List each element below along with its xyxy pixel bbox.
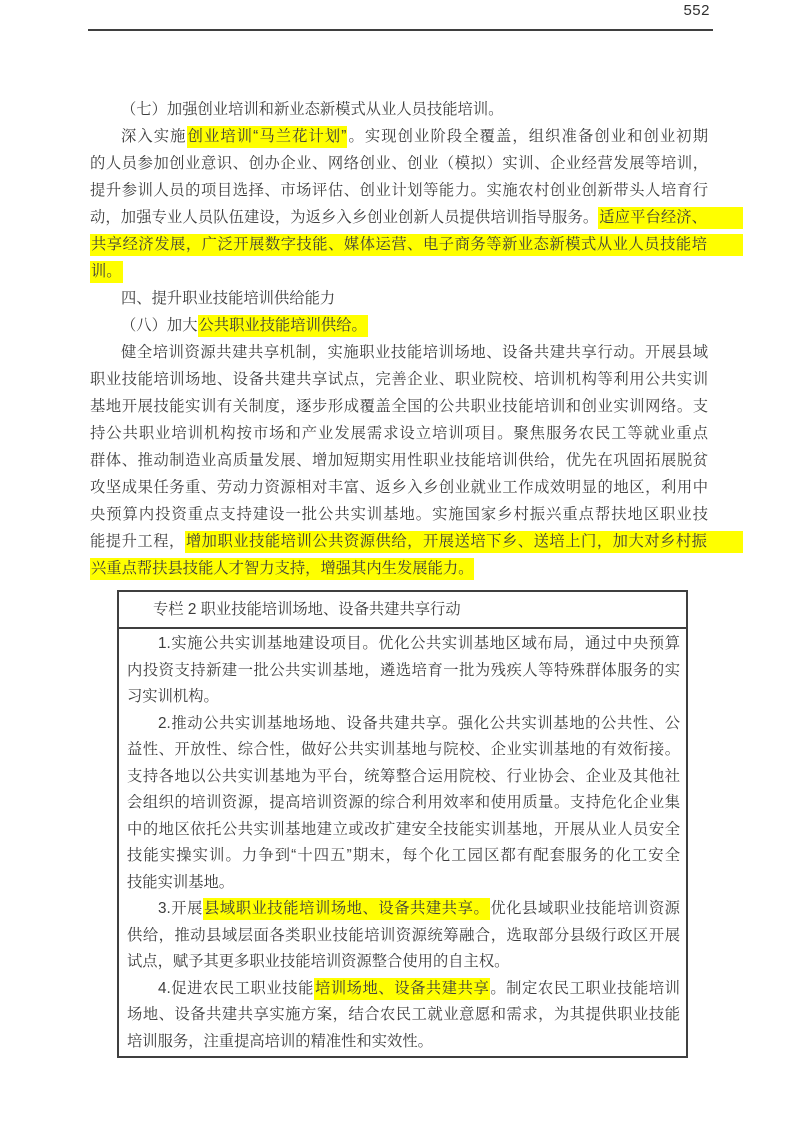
text-segment: 内投资支持新建一批公共实训基地，遴选培育一批为残疾人等特殊群体服务的实 <box>127 662 680 679</box>
text-segment: 深入实施 <box>121 128 187 145</box>
text-line: 会组织的培训资源，提高培训资源的综合利用效率和使用质量。支持危化企业集 <box>127 790 680 817</box>
text-line: 中的地区依托公共实训基地建立或改扩建安全技能实训基地，开展从业人员安全 <box>127 817 680 844</box>
text-line: 3.开展县域职业技能培训场地、设备共建共享。优化县域职业技能培训资源 <box>127 896 680 923</box>
text-segment: 优化县域职业技能培训资源 <box>490 900 680 917</box>
text-line: 四、提升职业技能培训供给能力 <box>90 285 708 312</box>
text-segment: 3.开展 <box>158 900 203 917</box>
text-segment: 四、提升职业技能培训供给能力 <box>121 290 335 307</box>
text-segment: 试点，赋予其更多职业技能培训资源整合使用的自主权。 <box>127 953 509 970</box>
text-segment: 中的地区依托公共实训基地建立或改扩建安全技能实训基地，开展从业人员安全 <box>127 821 680 838</box>
column-box: 专栏 2 职业技能培训场地、设备共建共享行动 1.实施公共实训基地建设项目。优化… <box>117 590 688 1058</box>
highlighted-text: 兴重点帮扶县技能人才智力支持，增强其内生发展能力。 <box>90 558 474 580</box>
text-line: 群体、推动制造业高质量发展、增加短期实用性职业技能培训供给，优先在巩固拓展脱贫 <box>90 447 708 474</box>
text-line: 职业技能培训场地、设备共建共享试点，完善企业、职业院校、培训机构等利用公共实训 <box>90 366 708 393</box>
text-line: （八）加大公共职业技能培训供给。 <box>90 312 708 339</box>
text-line: 共享经济发展，广泛开展数字技能、媒体运营、电子商务等新业态新模式从业人员技能培 <box>90 231 708 258</box>
text-line: 训。 <box>90 258 708 285</box>
highlighted-text: 县域职业技能培训场地、设备共建共享。 <box>203 898 490 920</box>
text-line: 支持各地以公共实训基地为平台，统筹整合运用院校、行业协会、企业及其他社 <box>127 764 680 791</box>
text-segment: 会组织的培训资源，提高培训资源的综合利用效率和使用质量。支持危化企业集 <box>127 794 680 811</box>
text-line: 能提升工程，增加职业技能培训公共资源供给，开展送培下乡、送培上门，加大对乡村振 <box>90 528 708 555</box>
text-segment: 。制定农民工职业技能培训 <box>490 980 680 997</box>
text-line: 基地开展技能实训有关制度，逐步形成覆盖全国的公共职业技能培训和创业实训网络。支 <box>90 393 708 420</box>
text-segment: 的人员参加创业意识、创办企业、网络创业、创业（模拟）实训、企业经营发展等培训， <box>90 155 708 172</box>
highlighted-text: 公共职业技能培训供给。 <box>198 315 368 337</box>
text-segment: 支持各地以公共实训基地为平台，统筹整合运用院校、行业协会、企业及其他社 <box>127 768 680 785</box>
text-segment: 供给，推动县域层面各类职业技能培训资源统筹融合，选取部分县级行政区开展 <box>127 927 680 944</box>
text-line: 2.推动公共实训基地场地、设备共建共享。强化公共实训基地的公共性、公 <box>127 711 680 738</box>
highlighted-text: 创业培训“马兰花计划” <box>187 126 348 148</box>
text-line: 培训服务，注重提高培训的精准性和实效性。 <box>127 1029 680 1056</box>
text-segment: 技能实训基地。 <box>127 874 234 891</box>
text-line: 健全培训资源共建共享机制，实施职业技能培训场地、设备共建共享行动。开展县域 <box>90 339 708 366</box>
text-segment: 动，加强专业人员队伍建设，为返乡入乡创业创新人员提供培训指导服务。 <box>90 209 598 226</box>
text-line: 习实训机构。 <box>127 684 680 711</box>
text-segment: 益性、开放性、综合性，做好公共实训基地与院校、企业实训基地的有效衔接。 <box>127 741 680 758</box>
text-line: 供给，推动县域层面各类职业技能培训资源统筹融合，选取部分县级行政区开展 <box>127 923 680 950</box>
text-segment: 1.实施公共实训基地建设项目。优化公共实训基地区域布局，通过中央预算 <box>158 635 680 652</box>
text-segment: 持公共职业培训机构按市场和产业发展需求设立培训项目。聚焦服务农民工等就业重点 <box>90 425 708 442</box>
text-line: 深入实施创业培训“马兰花计划”。实现创业阶段全覆盖，组织准备创业和创业初期 <box>90 123 708 150</box>
text-segment: 能提升工程， <box>90 533 185 550</box>
text-line: 攻坚成果任务重、劳动力资源相对丰富、返乡入乡创业就业工作成效明显的地区，利用中 <box>90 474 708 501</box>
text-segment: 培训服务，注重提高培训的精准性和实效性。 <box>127 1033 433 1050</box>
text-line: （七）加强创业培训和新业态新模式从业人员技能培训。 <box>90 96 708 123</box>
text-segment: 群体、推动制造业高质量发展、增加短期实用性职业技能培训供给，优先在巩固拓展脱贫 <box>90 452 708 469</box>
text-line: 技能实操实训。力争到“十四五”期末，每个化工园区都有配套服务的化工安全 <box>127 843 680 870</box>
text-segment: 2.推动公共实训基地场地、设备共建共享。强化公共实训基地的公共性、公 <box>158 715 680 732</box>
header-rule <box>88 29 713 31</box>
text-segment: 习实训机构。 <box>127 688 219 705</box>
text-line: 试点，赋予其更多职业技能培训资源整合使用的自主权。 <box>127 949 680 976</box>
highlighted-text: 增加职业技能培训公共资源供给，开展送培下乡、送培上门，加大对乡村振 <box>185 531 708 553</box>
column-box-body: 1.实施公共实训基地建设项目。优化公共实训基地区域布局，通过中央预算内投资支持新… <box>119 629 686 1056</box>
highlighted-text: 培训场地、设备共建共享 <box>314 978 490 1000</box>
text-line: 动，加强专业人员队伍建设，为返乡入乡创业创新人员提供培训指导服务。适应平台经济、 <box>90 204 708 231</box>
text-segment: （七）加强创业培训和新业态新模式从业人员技能培训。 <box>121 101 503 118</box>
document-body: （七）加强创业培训和新业态新模式从业人员技能培训。深入实施创业培训“马兰花计划”… <box>90 96 708 582</box>
text-segment: 技能实操实训。力争到“十四五”期末，每个化工园区都有配套服务的化工安全 <box>127 847 680 864</box>
text-line: 内投资支持新建一批公共实训基地，遴选培育一批为残疾人等特殊群体服务的实 <box>127 658 680 685</box>
text-segment: 攻坚成果任务重、劳动力资源相对丰富、返乡入乡创业就业工作成效明显的地区，利用中 <box>90 479 708 496</box>
text-segment: 职业技能培训场地、设备共建共享试点，完善企业、职业院校、培训机构等利用公共实训 <box>90 371 708 388</box>
page-number: 552 <box>0 2 710 19</box>
text-line: 4.促进农民工职业技能培训场地、设备共建共享。制定农民工职业技能培训 <box>127 976 680 1003</box>
text-segment: 提升参训人员的项目选择、市场评估、创业计划等能力。实施农村创业创新带头人培育行 <box>90 182 708 199</box>
text-segment: 基地开展技能实训有关制度，逐步形成覆盖全国的公共职业技能培训和创业实训网络。支 <box>90 398 708 415</box>
text-line: 的人员参加创业意识、创办企业、网络创业、创业（模拟）实训、企业经营发展等培训， <box>90 150 708 177</box>
text-line: 央预算内投资重点支持建设一批公共实训基地。实施国家乡村振兴重点帮扶地区职业技 <box>90 501 708 528</box>
highlighted-text: 适应平台经济、 <box>598 207 708 229</box>
text-line: 场地、设备共建共享实施方案，结合农民工就业意愿和需求，为其提供职业技能 <box>127 1002 680 1029</box>
text-segment: 健全培训资源共建共享机制，实施职业技能培训场地、设备共建共享行动。开展县域 <box>121 344 708 361</box>
text-line: 提升参训人员的项目选择、市场评估、创业计划等能力。实施农村创业创新带头人培育行 <box>90 177 708 204</box>
text-line: 持公共职业培训机构按市场和产业发展需求设立培训项目。聚焦服务农民工等就业重点 <box>90 420 708 447</box>
highlighted-text: 共享经济发展，广泛开展数字技能、媒体运营、电子商务等新业态新模式从业人员技能培 <box>90 234 708 256</box>
text-line: 兴重点帮扶县技能人才智力支持，增强其内生发展能力。 <box>90 555 708 582</box>
text-segment: （八）加大 <box>121 317 198 334</box>
text-segment: 场地、设备共建共享实施方案，结合农民工就业意愿和需求，为其提供职业技能 <box>127 1006 680 1023</box>
text-line: 1.实施公共实训基地建设项目。优化公共实训基地区域布局，通过中央预算 <box>127 631 680 658</box>
text-segment: 。实现创业阶段全覆盖，组织准备创业和创业初期 <box>347 128 708 145</box>
text-line: 益性、开放性、综合性，做好公共实训基地与院校、企业实训基地的有效衔接。 <box>127 737 680 764</box>
text-segment: 央预算内投资重点支持建设一批公共实训基地。实施国家乡村振兴重点帮扶地区职业技 <box>90 506 708 523</box>
highlighted-text: 训。 <box>90 261 123 283</box>
text-line: 技能实训基地。 <box>127 870 680 897</box>
text-segment: 4.促进农民工职业技能 <box>158 980 314 997</box>
column-box-title: 专栏 2 职业技能培训场地、设备共建共享行动 <box>119 592 686 629</box>
